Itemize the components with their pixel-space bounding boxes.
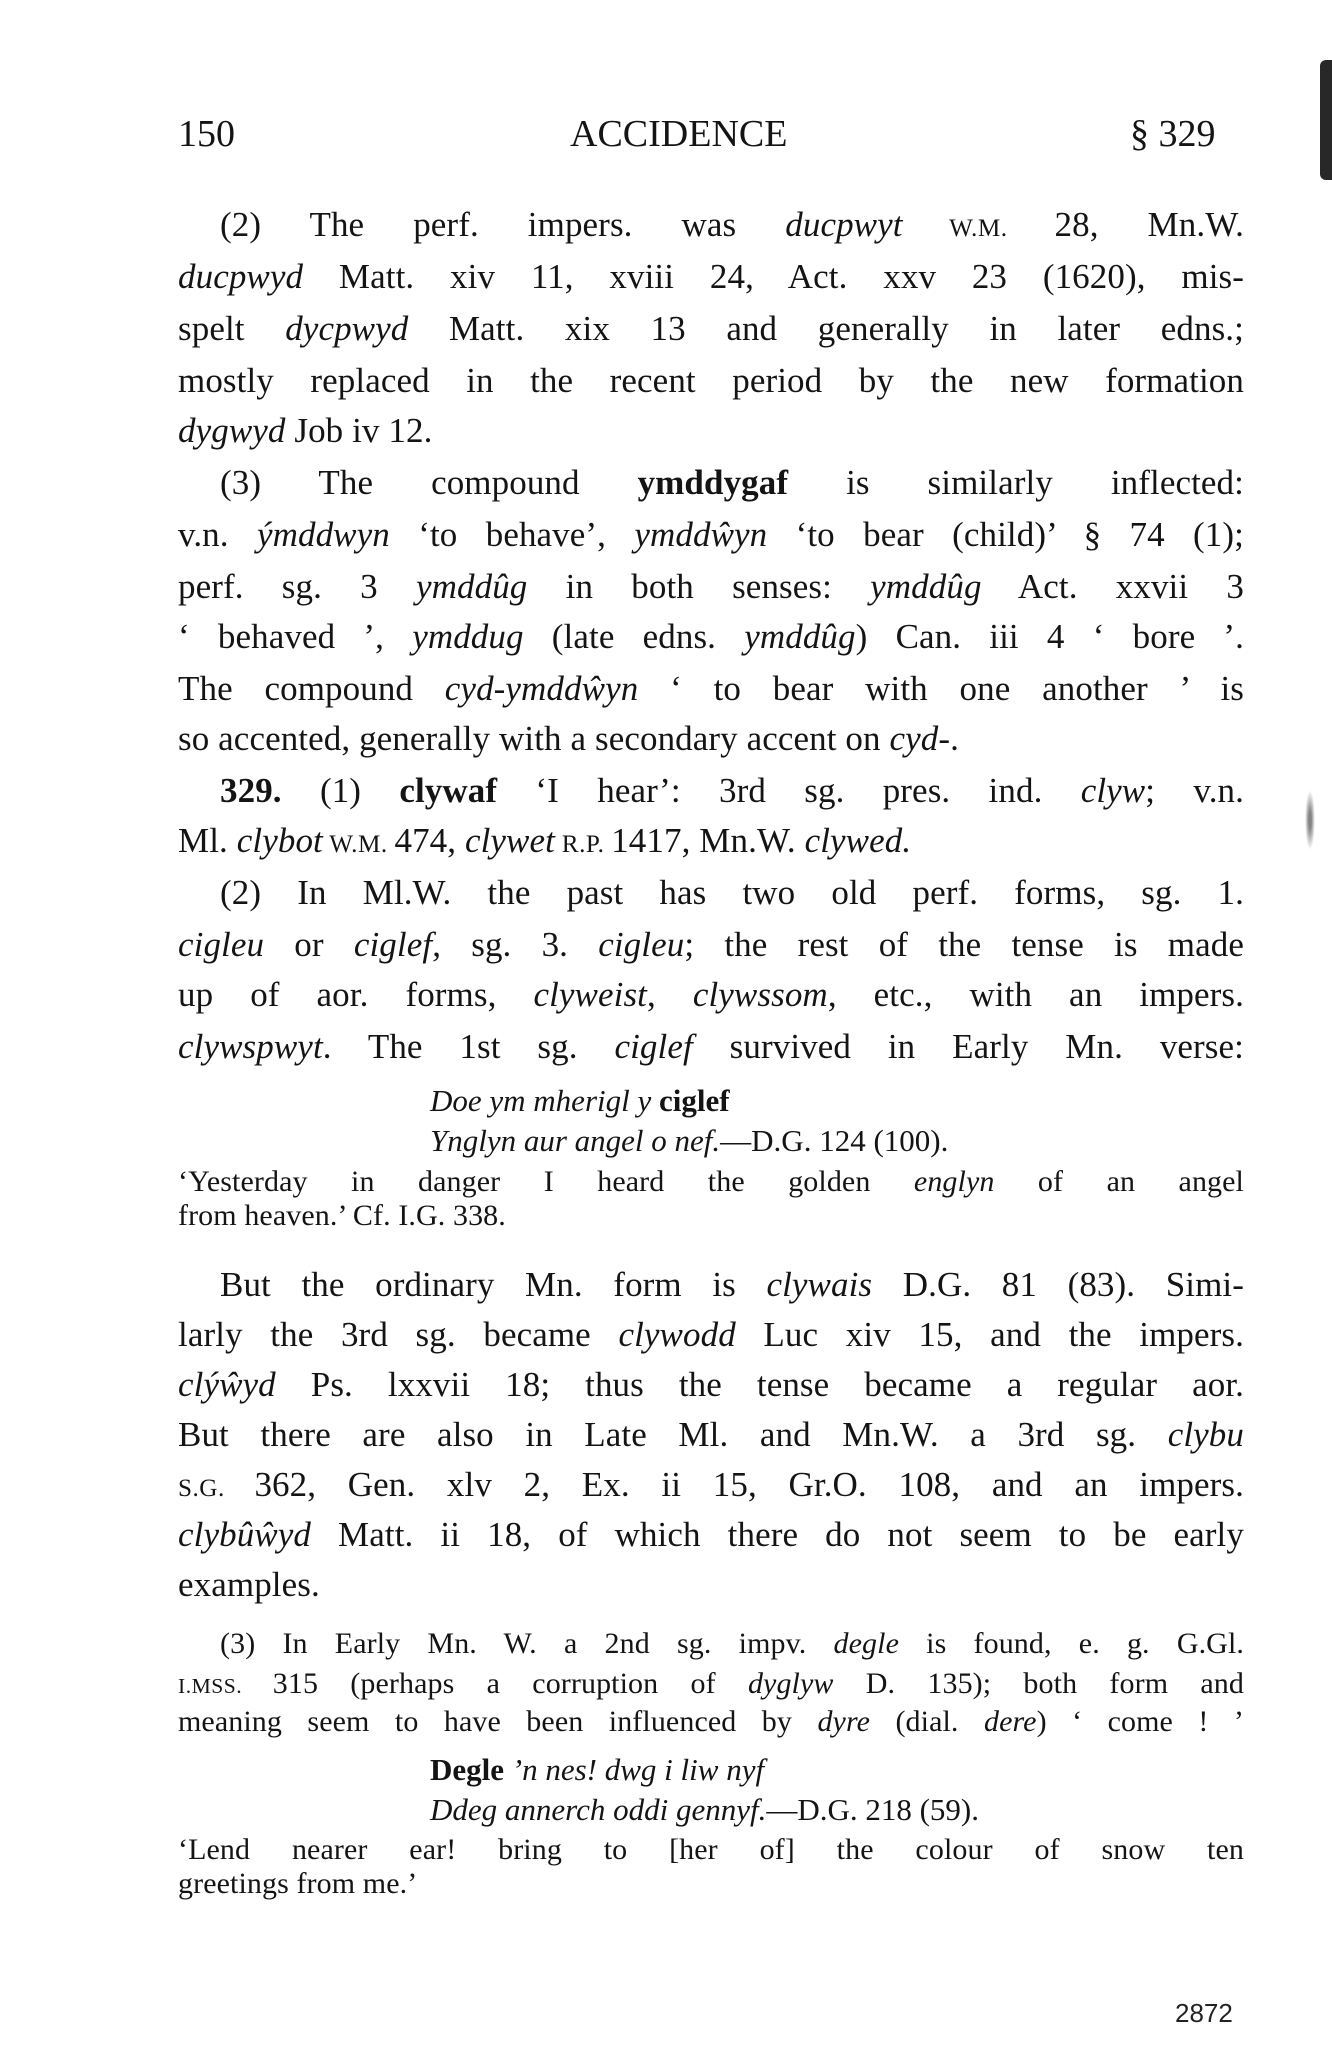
margin-mark: [1305, 790, 1315, 850]
text-line: S.G. 362, Gen. xlv 2, Ex. ii 15, Gr.O. 1…: [178, 1465, 1244, 1509]
text-line: clýŵyd Ps. lxxvii 18; thus the tense bec…: [178, 1365, 1244, 1405]
text-line: cigleu or ciglef, sg. 3. cigleu; the res…: [178, 925, 1244, 965]
text-line: v.n. ýmddwyn ‘to behave’, ymddŵyn ‘to be…: [178, 515, 1244, 555]
verse-line: Ddeg annerch oddi gennyf.—D.G. 218 (59).: [430, 1792, 979, 1828]
text-line: larly the 3rd sg. became clywodd Luc xiv…: [178, 1315, 1244, 1355]
page-number: 150: [178, 112, 235, 156]
section-329-heading: 329. (1) clywaf ‘I hear’: 3rd sg. pres. …: [178, 771, 1244, 811]
text-line: (3) In Early Mn. W. a 2nd sg. impv. degl…: [178, 1627, 1244, 1661]
translation-line: ‘Lend nearer ear! bring to [her of] the …: [178, 1833, 1244, 1867]
verse-line: Degle ’n nes! dwg i liw nyf: [430, 1752, 764, 1788]
running-title: ACCIDENCE: [570, 112, 787, 156]
text-line: so accented, generally with a secondary …: [178, 719, 1244, 759]
scan-number: 2872: [1175, 1998, 1233, 2029]
text-line: (3) The compound ymddygaf is similarly i…: [178, 463, 1244, 503]
text-line: spelt dycpwyd Matt. xix 13 and generally…: [178, 309, 1244, 349]
text-line: (2) The perf. impers. was ducpwyt W.M. 2…: [178, 205, 1244, 249]
text-line: clywspwyt. The 1st sg. ciglef survived i…: [178, 1027, 1244, 1067]
text-line: (2) In Ml.W. the past has two old perf. …: [178, 873, 1244, 913]
translation-line: ‘Yesterday in danger I heard the golden …: [178, 1165, 1244, 1199]
page-edge-smudge: [1320, 60, 1332, 180]
translation-line: from heaven.’ Cf. I.G. 338.: [178, 1199, 1244, 1233]
text-line: clybûŵyd Matt. ii 18, of which there do …: [178, 1515, 1244, 1555]
verse-line: Doe ym mherigl y ciglef: [430, 1083, 730, 1119]
text-line: meaning seem to have been influenced by …: [178, 1705, 1244, 1739]
text-line: up of aor. forms, clyweist, clywssom, et…: [178, 975, 1244, 1015]
text-line: But the ordinary Mn. form is clywais D.G…: [178, 1265, 1244, 1305]
text-line: dygwyd Job iv 12.: [178, 411, 1244, 451]
text-line: examples.: [178, 1565, 1244, 1605]
text-line: perf. sg. 3 ymddûg in both senses: ymddû…: [178, 567, 1244, 607]
text-line: I.MSS. 315 (perhaps a corruption of dygl…: [178, 1667, 1244, 1703]
text-line: Ml. clybot W.M. 474, clywet R.P. 1417, M…: [178, 821, 1244, 865]
book-page: 150 ACCIDENCE § 329 (2) The perf. impers…: [0, 0, 1332, 2061]
text-line: mostly replaced in the recent period by …: [178, 361, 1244, 401]
section-number: § 329: [1130, 112, 1216, 156]
text-line: But there are also in Late Ml. and Mn.W.…: [178, 1415, 1244, 1455]
text-line: ducpwyd Matt. xiv 11, xviii 24, Act. xxv…: [178, 257, 1244, 297]
text-line: The compound cyd-ymddŵyn ‘ to bear with …: [178, 669, 1244, 709]
verse-line: Ynglyn aur angel o nef.—D.G. 124 (100).: [430, 1123, 948, 1159]
translation-line: greetings from me.’: [178, 1867, 1244, 1901]
text-line: ‘ behaved ’, ymddug (late edns. ymddûg) …: [178, 617, 1244, 657]
